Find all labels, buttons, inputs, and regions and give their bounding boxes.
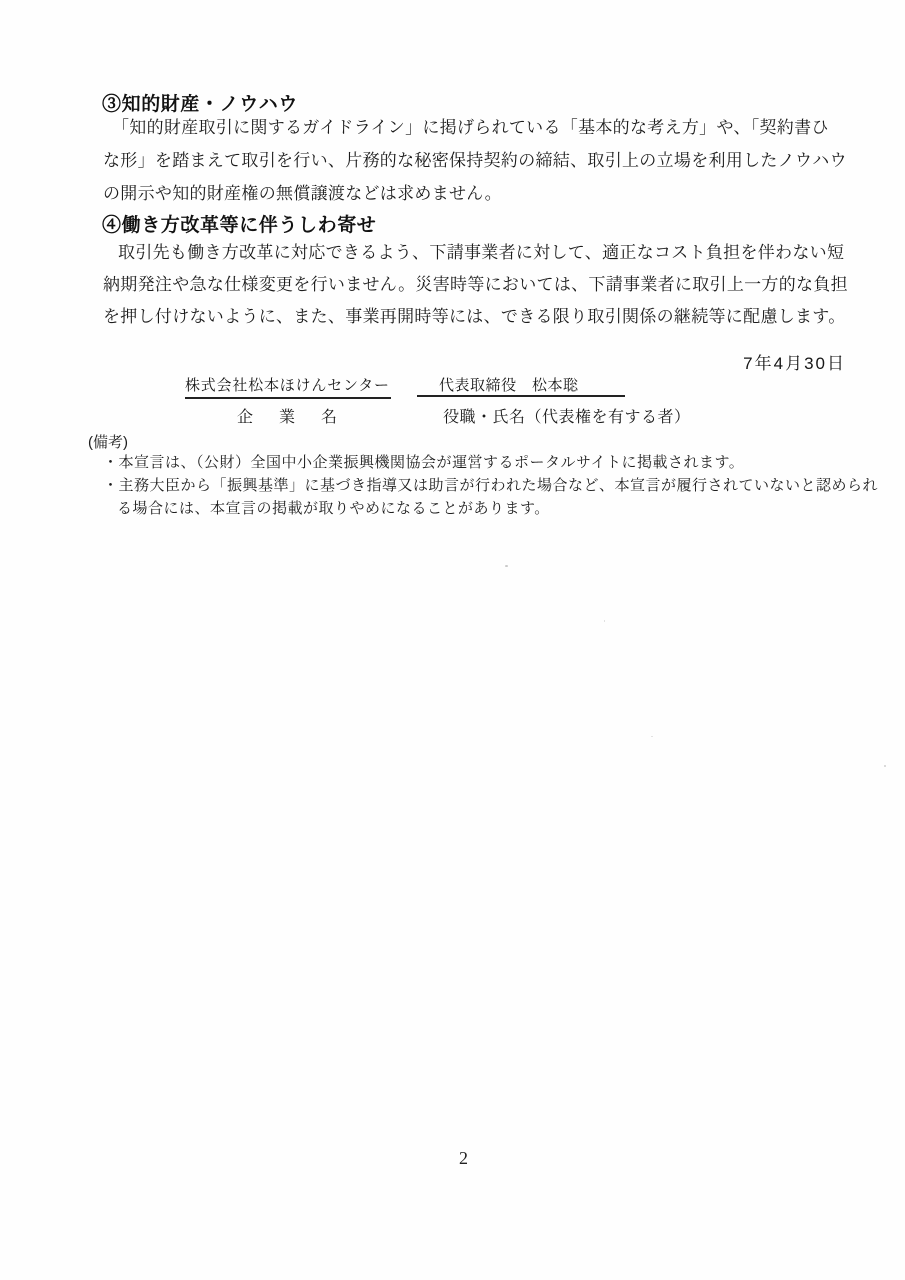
scan-speck xyxy=(604,620,605,622)
scan-speck xyxy=(505,565,508,567)
paragraph-line: を押し付けないように、また、事業再開時等には、できる限り取引関係の継続等に配慮し… xyxy=(103,301,863,333)
paragraph-line: 取引先も働き方改革に対応できるよう、下請事業者に対して、適正なコスト負担を伴わな… xyxy=(103,237,863,269)
representative-name-label: 役職・氏名（代表権を有する者） xyxy=(443,404,691,427)
remarks-item: ・本宣言は、（公財）全国中小企業振興機関協会が運営するポータルサイトに掲載されま… xyxy=(103,451,903,474)
paragraph-line: 「知的財産取引に関するガイドライン」に掲げられている「基本的な考え方」や、「契約… xyxy=(103,111,863,144)
page-number: 2 xyxy=(459,1148,468,1169)
company-name-label: 企 業 名 xyxy=(237,404,342,427)
remarks-item: ・主務大臣から「振興基準」に基づき指導又は助言が行われた場合など、本宣言が履行さ… xyxy=(103,474,903,497)
paragraph-line: の開示や知的財産権の無償譲渡などは求めません。 xyxy=(103,177,863,210)
company-name-value: 株式会社松本ほけんセンター xyxy=(185,374,391,399)
remarks-item-wrap-line: る場合には、本宣言の掲載が取りやめになることがあります。 xyxy=(103,497,903,520)
section-paragraph-intellectual-property: 「知的財産取引に関するガイドライン」に掲げられている「基本的な考え方」や、「契約… xyxy=(103,111,863,210)
paragraph-line: な形」を踏まえて取引を行い、片務的な秘密保持契約の締結、取引上の立場を利用したノ… xyxy=(103,144,863,177)
section-heading-work-style-reform: ④働き方改革等に伴うしわ寄せ xyxy=(102,210,376,237)
scan-speck xyxy=(884,765,886,767)
representative-name-value: 代表取締役 松本聡 xyxy=(417,374,625,397)
paragraph-line: 納期発注や急な仕様変更を行いません。災害時等においては、下請事業者に取引上一方的… xyxy=(103,269,863,301)
remarks-list: ・本宣言は、（公財）全国中小企業振興機関協会が運営するポータルサイトに掲載されま… xyxy=(103,451,903,520)
declaration-date: 7年4月30日 xyxy=(743,349,846,374)
remarks-title: (備考) xyxy=(88,431,128,452)
scan-speck xyxy=(651,736,653,737)
section-paragraph-work-style-reform: 取引先も働き方改革に対応できるよう、下請事業者に対して、適正なコスト負担を伴わな… xyxy=(103,237,863,333)
scanned-document-page: ③知的財産・ノウハウ 「知的財産取引に関するガイドライン」に掲げられている「基本… xyxy=(0,0,905,1280)
